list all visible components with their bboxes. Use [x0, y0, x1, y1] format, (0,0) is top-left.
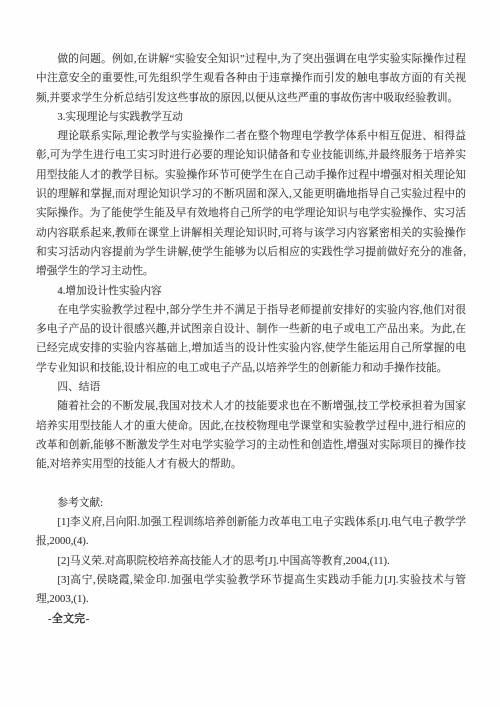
section-body-design-experiments: 在电学实验教学过程中,部分学生并不满足于指导老师提前安排好的实验内容,他们对很多… [36, 301, 466, 378]
section-heading-theory-practice: 3.实现理论与实践教学互动 [36, 108, 466, 127]
section-heading-conclusion: 四、结语 [36, 378, 466, 397]
references-section: 参考文献: [1]李义府,吕向阳.加强工程训练培养创新能力改革电工电子实践体系[… [36, 494, 466, 610]
section-body-theory-practice: 理论联系实际,理论教学与实验操作二者在整个物理电学教学体系中相互促进、相得益彰,… [36, 127, 466, 281]
document-page: 做的问题。例如,在讲解“实验安全知识”过程中,为了突出强调在电学实验实际操作过程… [0, 0, 500, 707]
intro-paragraph: 做的问题。例如,在讲解“实验安全知识”过程中,为了突出强调在电学实验实际操作过程… [36, 50, 466, 108]
references-heading: 参考文献: [36, 494, 466, 513]
reference-item: [3]高宁,侯晓霞,梁金印.加强电学实验教学环节提高生实践动手能力[J].实验技… [36, 571, 466, 610]
end-of-text-marker: -全文完- [36, 610, 466, 629]
section-heading-design-experiments: 4.增加设计性实验内容 [36, 282, 466, 301]
reference-item: [2]马义荣.对高职院校培养高技能人才的思考[J].中国高等教育,2004,(1… [36, 552, 466, 571]
section-body-conclusion: 随着社会的不断发展,我国对技术人才的技能要求也在不断增强,技工学校承担着为国家培… [36, 397, 466, 474]
reference-item: [1]李义府,吕向阳.加强工程训练培养创新能力改革电工电子实践体系[J].电气电… [36, 513, 466, 552]
